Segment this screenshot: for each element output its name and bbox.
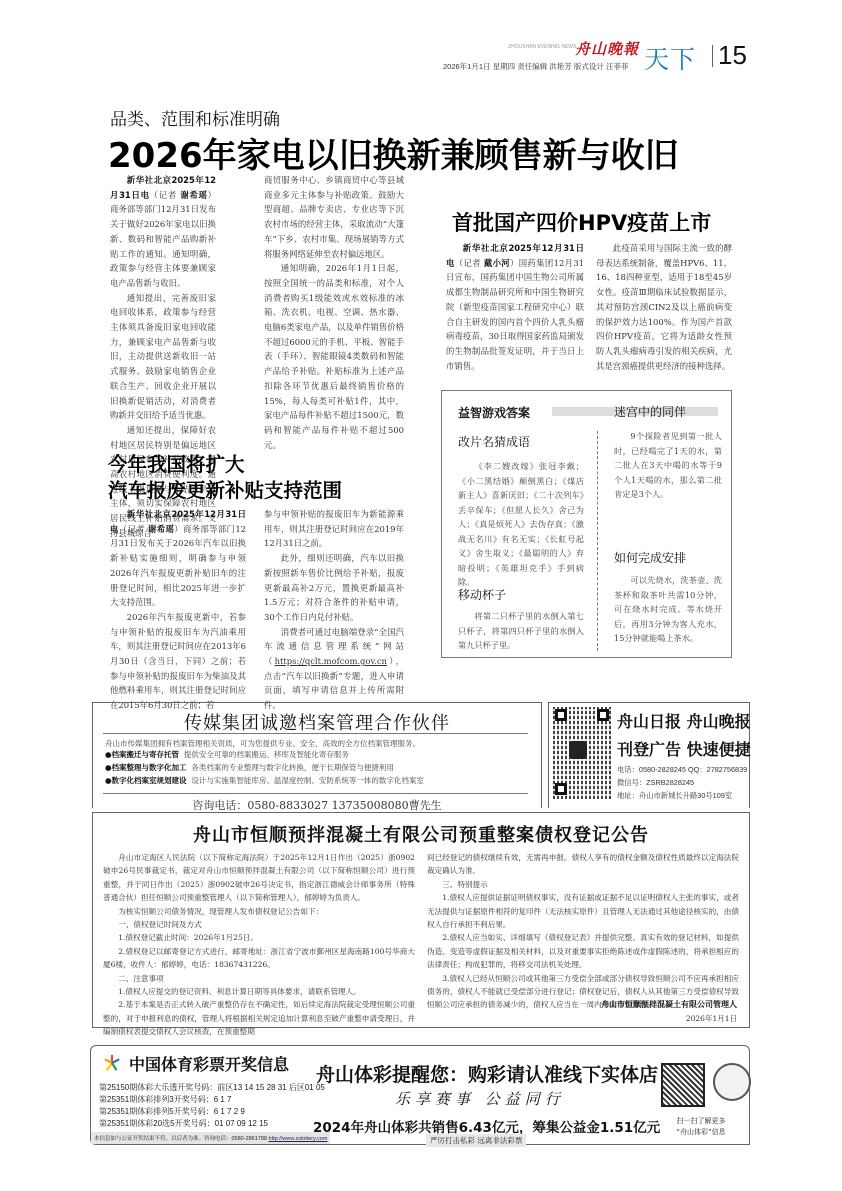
lottery-website-link[interactable]: http://www.zslottery.com <box>269 1136 328 1142</box>
lottery-warning: 严厉打击私彩 远离非法彩票 <box>426 1134 526 1147</box>
notice-column-2: 间已经登记的债权继续有效，无需再申报。债权人享有的债权金额及债权性质最终以定海法… <box>427 851 739 1012</box>
archive-service-item: ●数字化档案室规划建设 设计与实施集智能库房、温湿度控制、安防系统等一体的数字化… <box>105 775 424 786</box>
lottery-promo-stats: 2024年舟山体彩共销售6.43亿元，筹集公益金1.51亿元 <box>313 1116 660 1136</box>
car-reporter: 谢希瑶 <box>148 524 174 534</box>
puzzle-answer-1: 《李二嫂改嫁》张冠李戴；《小二黑结婚》颠倒黑白；《煤店新主人》喜新厌旧；《二十次… <box>458 459 584 590</box>
lottery-title: 中国体育彩票开奖信息 <box>129 1052 289 1075</box>
qr-corner-icon <box>555 709 567 721</box>
puzzle-answer-2: 将第二只杯子里的水倒入第七只杯子，将第四只杯子里的水倒入第九只杯子里。 <box>458 609 584 653</box>
archive-ad-intro: 舟山市传媒集团拥有档案管理相关资质，可为您提供专业、安全、高效的全方位档案管理服… <box>105 738 420 749</box>
page-number: 15 <box>718 40 747 71</box>
car-headline: 今年我国将扩大 汽车报废更新补贴支持范围 <box>108 452 342 504</box>
lottery-result: 第25351期体彩排列3开奖号码：6 1 7 <box>99 1094 232 1105</box>
lottery-scan-hint: 扫一扫了解更多 “舟山体彩”信息 <box>651 1116 751 1138</box>
hpv-reporter: 戴小河 <box>484 258 510 268</box>
zhoushan-ad-line1: 舟山日报 舟山晚报 <box>617 709 751 732</box>
puzzle-answers-box: 益智游戏答案 改片名猜成语 《李二嫂改嫁》张冠李戴；《小二黑结婚》颠倒黑白；《煤… <box>441 390 732 658</box>
puzzle-answer-4: 可以先烧水，洗茶壶、洗茶杯和取茶叶共需10分钟，可在烧水时完成。等水烧开后，再用… <box>614 573 722 646</box>
paper-logo: 舟山晚報 <box>575 38 639 59</box>
wechat-icon <box>569 741 587 759</box>
zhoushan-ad-wechat: 微信号：ZSRB2828245 <box>617 778 694 788</box>
lottery-banner: 中国体育彩票开奖信息 第25150期体彩大乐透开奖号码：前区13 14 15 2… <box>90 1045 750 1145</box>
puzzle-title: 益智游戏答案 <box>458 404 530 421</box>
archive-service-item: ●档案整理与数字化加工 各类档案的专业整理与数字化转换，便于长期保管与便捷利用 <box>105 762 394 773</box>
archive-service-item: ●档案搬迁与寄存托管 提供安全可靠的档案搬运、移库及智能化寄存服务 <box>105 749 349 760</box>
date-editor-line: 2026年1月1日 星期四 责任编辑 洪艳芳 版式设计 汪菲菲 <box>443 61 628 72</box>
notice-signature: 舟山市恒顺预拌混凝土有限公司管理人 <box>601 999 737 1010</box>
zhoushan-ad: 舟山日报 舟山晚报 刊登广告 快速便捷 电话：0580-2828245 QQ：2… <box>548 702 750 808</box>
lottery-qr-code[interactable] <box>661 1063 705 1107</box>
lottery-result: 第25351期体彩排列5开奖号码：6 1 7 2 9 <box>99 1106 245 1117</box>
lottery-result: 第25351期体彩20选5开奖号码：01 07 09 12 15 <box>99 1118 268 1129</box>
archive-ad-rule-bottom <box>103 793 528 794</box>
lead-reporter: 谢希瑶 <box>180 190 207 200</box>
zhoushan-ad-address: 地址：舟山市新城长升路30号109室 <box>617 791 732 801</box>
sports-lottery-logo-icon <box>103 1054 121 1072</box>
lead-headline: 2026年家电以旧换新兼顾售新与收旧 <box>108 128 679 177</box>
puzzle-heading-4: 如何完成安排 <box>614 549 686 566</box>
qr-corner-icon <box>597 709 609 721</box>
lead-kicker: 品类、范围和标准明确 <box>110 105 280 130</box>
section-title: 天下 <box>644 40 696 76</box>
masthead-divider <box>712 45 713 67</box>
archive-ad: 传媒集团诚邀档案管理合作伙伴 舟山市传媒集团拥有档案管理相关资质，可为您提供专业… <box>92 702 542 808</box>
lottery-promo-slogan: 乐享赛事 公益同行 <box>395 1088 565 1109</box>
lottery-mini-program-code[interactable] <box>713 1063 751 1101</box>
archive-ad-title: 传媒集团诚邀档案管理合作伙伴 <box>93 709 541 735</box>
car-column-2: 参与申领补贴的报废旧车为新能源乘用车，则其注册登记时间应在2019年12月31日… <box>264 507 404 713</box>
zhoushan-ad-phone: 电话：0580-2828245 QQ：2782756839 <box>617 765 747 775</box>
puzzle-heading-2: 移动杯子 <box>458 586 506 603</box>
lottery-result: 第25150期体彩大乐透开奖号码：前区13 14 15 28 31 后区01 0… <box>99 1082 325 1093</box>
zhoushan-ad-line2: 刊登广告 快速便捷 <box>617 737 751 760</box>
car-column-1: 新华社北京2025年12月31日电（记者 谢希瑶）商务部等部门12月31日发布关… <box>110 507 246 713</box>
puzzle-answer-3: 9个探险者见到第一批人时，已经喝完了1天的水，第二批人在3天中喝的水等于9个人1… <box>614 429 722 502</box>
qr-corner-icon <box>555 783 567 795</box>
puzzle-divider <box>597 431 598 651</box>
lottery-promo-headline: 舟山体彩提醒您：购彩请认准线下实体店 <box>316 1060 658 1087</box>
notice-column-1: 舟山市定海区人民法院（以下简称定海法院）于2025年12月1日作出（2025）浙… <box>103 851 415 1039</box>
puzzle-heading-3: 迷宫中的同伴 <box>614 403 686 420</box>
debt-notice: 舟山市恒顺预拌混凝土有限公司预重整案债权登记公告 舟山市定海区人民法院（以下简称… <box>92 812 750 1028</box>
hpv-column-2: 此疫苗采用与国际主流一致的酵母表达系统制备，覆盖HPV6、11、16、18四种亚… <box>596 241 732 373</box>
notice-date: 2026年1月1日 <box>686 1013 737 1024</box>
hpv-column-1: 新华社北京2025年12月31日电（记者 戴小河）国药集团12月31日宣布，国药… <box>446 241 584 373</box>
archive-ad-contact: 咨询电话：0580-8833027 13735008080曹先生 <box>93 797 541 813</box>
puzzle-heading-1: 改片名猜成语 <box>458 433 530 450</box>
archive-ad-rule-top <box>103 733 528 734</box>
paper-english-name: ZHOUSHAN EVENING NEWS <box>508 44 576 50</box>
qclt-website-link[interactable]: https://qclt.mofcom.gov.cn <box>275 656 387 666</box>
lead-column-2: 商贸服务中心、乡镇商贸中心等县域商业多元主体参与补贴政策。鼓励大型商超、品牌专卖… <box>264 173 404 452</box>
lottery-disclaimer: 本信息如与公证开奖结果不符，以后者为准。咨询电话：0580-2861788 ht… <box>91 1132 330 1144</box>
hpv-headline: 首批国产四价HPV疫苗上市 <box>452 207 711 237</box>
notice-title: 舟山市恒顺预拌混凝土有限公司预重整案债权登记公告 <box>93 821 749 847</box>
